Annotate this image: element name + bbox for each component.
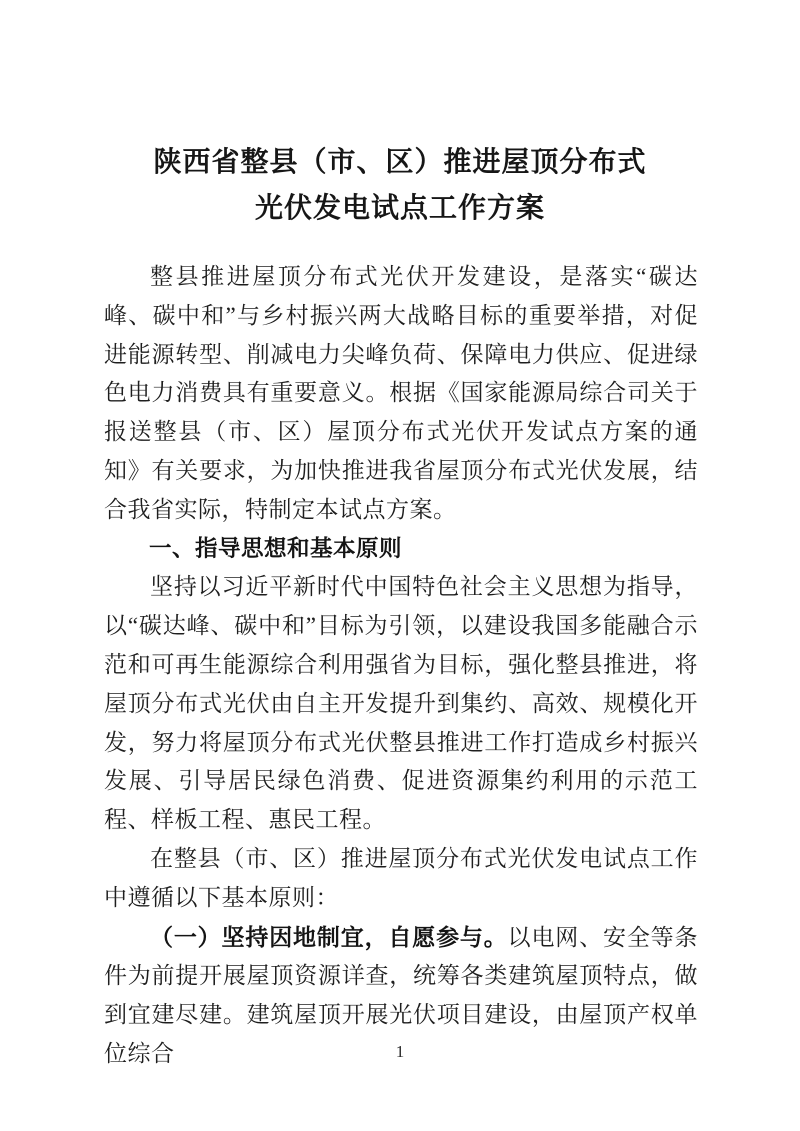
principle-1-lead: （一）坚持因地制宜，自愿参与。 xyxy=(150,924,508,950)
title-line-2: 光伏发电试点工作方案 xyxy=(0,186,800,232)
title-line-1: 陕西省整县（市、区）推进屋顶分布式 xyxy=(0,140,800,186)
document-page: 陕西省整县（市、区）推进屋顶分布式 光伏发电试点工作方案 整县推进屋顶分布式光伏… xyxy=(0,0,800,1131)
section-heading-guiding-principles: 一、指导思想和基本原则 xyxy=(104,530,698,569)
document-body: 整县推进屋顶分布式光伏开发建设，是落实“碳达峰、碳中和”与乡村振兴两大战略目标的… xyxy=(104,258,698,1074)
paragraph-guiding-ideology: 坚持以习近平新时代中国特色社会主义思想为指导，以“碳达峰、碳中和”目标为引领，以… xyxy=(104,568,698,840)
paragraph-intro: 整县推进屋顶分布式光伏开发建设，是落实“碳达峰、碳中和”与乡村振兴两大战略目标的… xyxy=(104,258,698,530)
paragraph-principles-intro: 在整县（市、区）推进屋顶分布式光伏发电试点工作中遵循以下基本原则： xyxy=(104,840,698,918)
document-title: 陕西省整县（市、区）推进屋顶分布式 光伏发电试点工作方案 xyxy=(0,140,800,232)
page-number: 1 xyxy=(0,1040,800,1064)
